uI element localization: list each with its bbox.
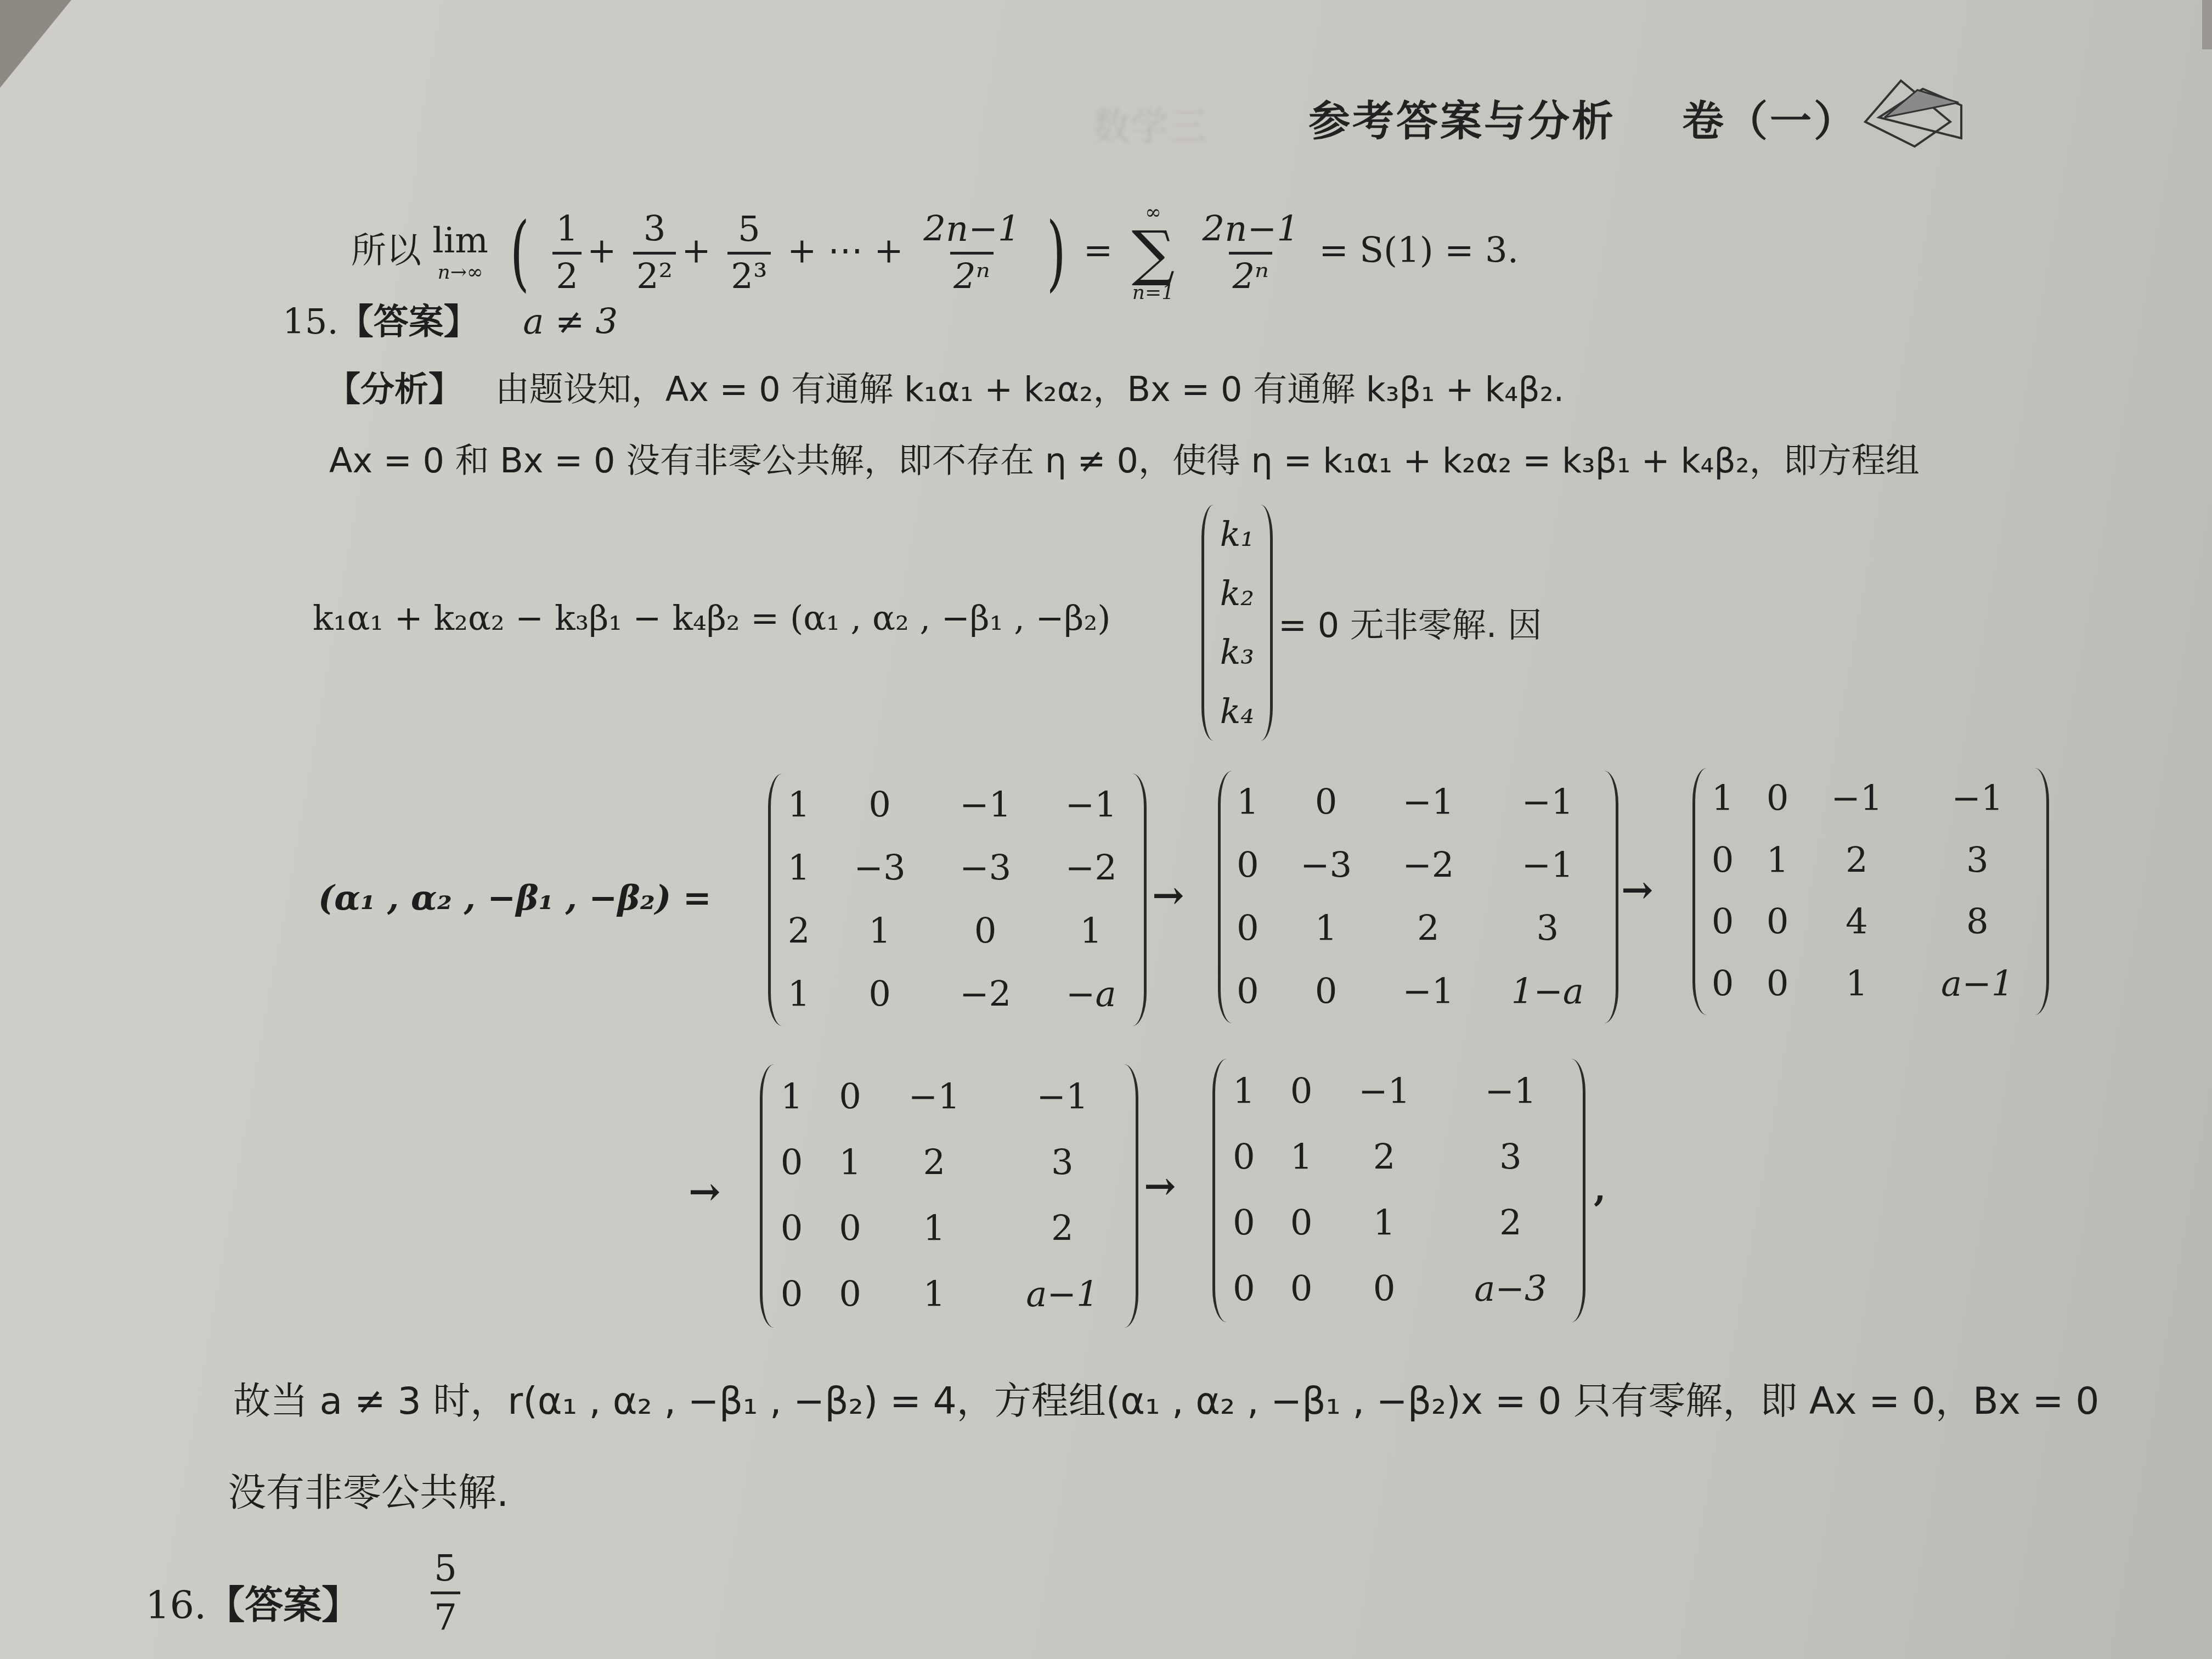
q15-answer-line: 15.【答案】 a ≠ 3 <box>283 294 618 344</box>
lim-subscript: n→∞ <box>437 263 483 283</box>
conclusion-line1: 故当 a ≠ 3 时，r(α₁ , α₂ , −β₁ , −β₂) = 4，方程… <box>233 1372 2099 1425</box>
geometric-logo-icon <box>1863 78 1972 149</box>
ellipsis: + ⋯ + <box>787 230 904 271</box>
q16-answer-tag: 【答案】 <box>206 1583 360 1628</box>
frac-term-2: 32² <box>633 209 676 297</box>
sum-operator: ∞ ∑ n=1 <box>1132 203 1175 303</box>
matrix-2: 10−1−1 0−3−2−1 0123 00−11−a <box>1218 771 1618 1023</box>
vector-k3: k₃ <box>1204 623 1270 682</box>
homogeneous-equation-left: k₁α₁ + k₂α₂ − k₃β₁ − k₄β₂ = (α₁ , α₂ , −… <box>313 598 1111 638</box>
homogeneous-equation-right: = 0 无非零解. 因 <box>1278 598 1542 647</box>
frac-term-3: 52³ <box>727 209 770 297</box>
vector-k4: k₄ <box>1204 682 1270 741</box>
open-paren: ( <box>510 212 529 294</box>
page-right-edge <box>2202 0 2212 49</box>
q15-analysis-line2: Ax = 0 和 Bx = 0 没有非零公共解，即不存在 η ≠ 0，使得 η … <box>329 433 1920 482</box>
matrix-4: 10−1−1 0123 0012 001a−1 <box>760 1064 1138 1328</box>
limit-equation: 所以 lim n→∞ ( 12+ 32²+ 52³ + ⋯ + 2n−12ⁿ )… <box>351 203 1519 303</box>
analysis-tag: 【分析】 <box>326 369 462 409</box>
q16-answer-line: 16.【答案】 <box>145 1575 360 1630</box>
q16-denominator: 7 <box>431 1592 460 1639</box>
matrix-lhs: (α₁ , α₂ , −β₁ , −β₂) = <box>318 878 712 918</box>
frac-term-1: 12 <box>552 209 582 297</box>
vector-k1: k₁ <box>1204 505 1270 564</box>
matrix-trailing-comma: , <box>1594 1169 1606 1210</box>
bleed-through-header: 数学三 <box>1092 96 1207 151</box>
q15-number: 15. <box>283 302 338 342</box>
header-title: 参考答案与分析 <box>1308 97 1616 145</box>
q16-numerator: 5 <box>431 1547 460 1592</box>
lim-operator: lim n→∞ <box>432 223 488 283</box>
matrix-1-table: 10−1−1 1−3−3−2 2101 10−2−a <box>771 774 1144 1026</box>
limit-prefix: 所以 <box>351 230 421 271</box>
arrow-3: → <box>689 1169 721 1214</box>
close-paren: ) <box>1047 212 1066 294</box>
q15-analysis-line1: 【分析】 由题设知，Ax = 0 有通解 k₁α₁ + k₂α₂，Bx = 0 … <box>326 362 1564 411</box>
q16-answer-fraction: 57 <box>425 1547 466 1639</box>
k-vector: k₁ k₂ k₃ k₄ <box>1201 505 1273 741</box>
frac-term-n: 2n−12ⁿ <box>920 209 1023 297</box>
matrix-5: 10−1−1 0123 0012 000a−3 <box>1212 1059 1585 1322</box>
header-volume: 卷（一） <box>1682 97 1858 145</box>
arrow-1: → <box>1152 872 1184 918</box>
matrix-1: 10−1−1 1−3−3−2 2101 10−2−a <box>768 774 1147 1026</box>
arrow-4: → <box>1144 1163 1176 1209</box>
q15-answer-tag: 【答案】 <box>338 302 479 342</box>
arrow-2: → <box>1621 867 1654 912</box>
q15-answer: a ≠ 3 <box>523 302 618 342</box>
analysis-text-1: 由题设知，Ax = 0 有通解 k₁α₁ + k₂α₂，Bx = 0 有通解 k… <box>495 369 1565 409</box>
vector-k2: k₂ <box>1204 564 1270 623</box>
lim-text: lim <box>432 223 488 258</box>
page-header: 参考答案与分析 卷（一） <box>1308 88 1858 148</box>
conclusion-line2: 没有非零公共解. <box>228 1462 509 1517</box>
limit-result: = S(1) = 3. <box>1319 230 1519 271</box>
q16-number: 16. <box>145 1583 206 1628</box>
matrix-3: 10−1−1 0123 0048 001a−1 <box>1692 768 2049 1015</box>
sum-term: 2n−12ⁿ <box>1199 209 1302 297</box>
